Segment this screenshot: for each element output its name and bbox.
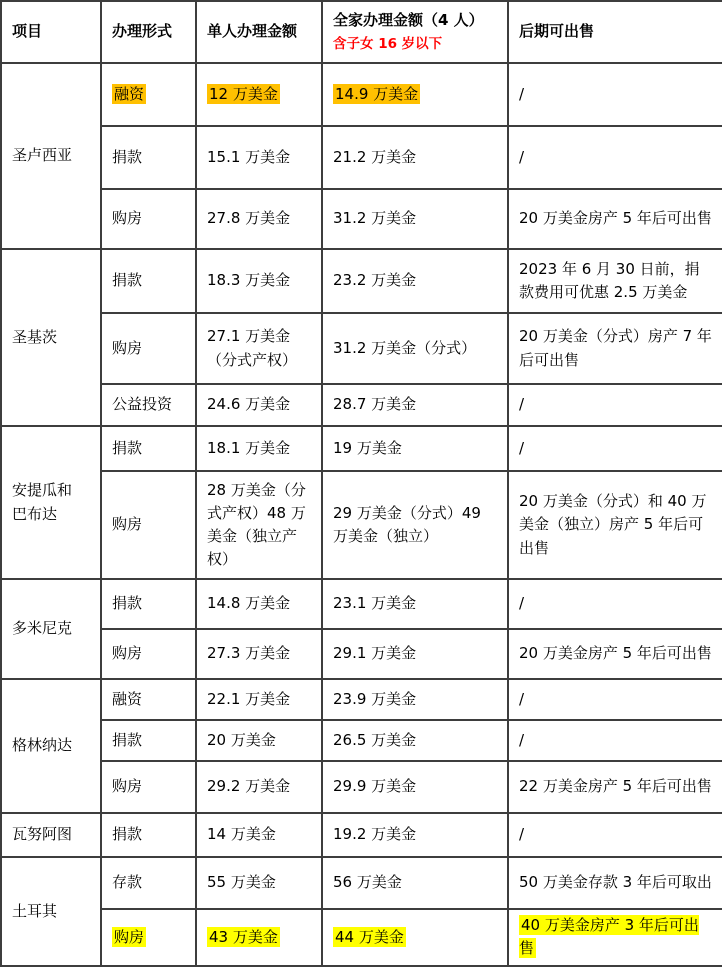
table-row: 格林纳达融资22.1 万美金23.9 万美金/	[1, 679, 722, 720]
family-amount-cell: 31.2 万美金	[322, 189, 508, 249]
form-cell: 捐款	[101, 813, 196, 857]
project-cell: 安提瓜和 巴布达	[1, 426, 101, 579]
highlighted-text: 12 万美金	[207, 84, 280, 104]
table-row: 捐款15.1 万美金21.2 万美金/	[1, 126, 722, 189]
col-header-family-amount: 全家办理金额（4 人）含子女 16 岁以下	[322, 1, 508, 63]
project-cell: 多米尼克	[1, 579, 101, 679]
resale-cell: /	[508, 679, 722, 720]
table-row: 购房29.2 万美金29.9 万美金22 万美金房产 5 年后可出售	[1, 761, 722, 813]
investment-comparison-table: 项目 办理形式 单人办理金额 全家办理金额（4 人）含子女 16 岁以下 后期可…	[0, 0, 722, 967]
table-row: 购房27.3 万美金29.1 万美金20 万美金房产 5 年后可出售	[1, 629, 722, 679]
form-cell: 捐款	[101, 720, 196, 761]
form-cell: 捐款	[101, 579, 196, 629]
single-amount-cell: 43 万美金	[196, 909, 322, 966]
table-row: 圣基茨捐款18.3 万美金23.2 万美金2023 年 6 月 30 日前，捐款…	[1, 249, 722, 313]
form-cell: 融资	[101, 63, 196, 126]
resale-cell: 2023 年 6 月 30 日前，捐款费用可优惠 2.5 万美金	[508, 249, 722, 313]
project-cell: 土耳其	[1, 857, 101, 966]
resale-cell: /	[508, 126, 722, 189]
project-cell: 瓦努阿图	[1, 813, 101, 857]
single-amount-cell: 24.6 万美金	[196, 384, 322, 426]
family-amount-cell: 19 万美金	[322, 426, 508, 471]
single-amount-cell: 22.1 万美金	[196, 679, 322, 720]
form-cell: 购房	[101, 909, 196, 966]
table-row: 购房28 万美金（分式产权）48 万美金（独立产权）29 万美金（分式）49 万…	[1, 471, 722, 579]
highlighted-text: 44 万美金	[333, 927, 406, 947]
family-amount-cell: 14.9 万美金	[322, 63, 508, 126]
family-header-title: 全家办理金额（4 人）	[333, 11, 484, 29]
form-cell: 融资	[101, 679, 196, 720]
family-amount-cell: 23.1 万美金	[322, 579, 508, 629]
form-cell: 公益投资	[101, 384, 196, 426]
family-amount-cell: 23.9 万美金	[322, 679, 508, 720]
resale-cell: 22 万美金房产 5 年后可出售	[508, 761, 722, 813]
col-header-form: 办理形式	[101, 1, 196, 63]
form-cell: 购房	[101, 761, 196, 813]
family-amount-cell: 19.2 万美金	[322, 813, 508, 857]
table-body: 圣卢西亚融资12 万美金14.9 万美金/捐款15.1 万美金21.2 万美金/…	[1, 63, 722, 966]
single-amount-cell: 55 万美金	[196, 857, 322, 909]
resale-cell: 20 万美金（分式）房产 7 年后可出售	[508, 313, 722, 384]
header-row: 项目 办理形式 单人办理金额 全家办理金额（4 人）含子女 16 岁以下 后期可…	[1, 1, 722, 63]
project-cell: 格林纳达	[1, 679, 101, 813]
table-row: 公益投资24.6 万美金28.7 万美金/	[1, 384, 722, 426]
family-amount-cell: 44 万美金	[322, 909, 508, 966]
resale-cell: 50 万美金存款 3 年后可取出	[508, 857, 722, 909]
family-amount-cell: 29.9 万美金	[322, 761, 508, 813]
family-amount-cell: 31.2 万美金（分式）	[322, 313, 508, 384]
highlighted-text: 40 万美金房产 3 年后可出售	[519, 915, 699, 958]
form-cell: 购房	[101, 313, 196, 384]
family-header-subtitle: 含子女 16 岁以下	[333, 34, 497, 55]
table-row: 圣卢西亚融资12 万美金14.9 万美金/	[1, 63, 722, 126]
resale-cell: 20 万美金房产 5 年后可出售	[508, 189, 722, 249]
resale-cell: /	[508, 426, 722, 471]
resale-cell: 20 万美金（分式）和 40 万美金（独立）房产 5 年后可出售	[508, 471, 722, 579]
col-header-project: 项目	[1, 1, 101, 63]
single-amount-cell: 14 万美金	[196, 813, 322, 857]
form-cell: 捐款	[101, 126, 196, 189]
form-cell: 捐款	[101, 426, 196, 471]
family-amount-cell: 26.5 万美金	[322, 720, 508, 761]
table-row: 安提瓜和 巴布达捐款18.1 万美金19 万美金/	[1, 426, 722, 471]
form-cell: 捐款	[101, 249, 196, 313]
highlighted-text: 购房	[112, 927, 146, 947]
single-amount-cell: 14.8 万美金	[196, 579, 322, 629]
table-row: 土耳其存款55 万美金56 万美金50 万美金存款 3 年后可取出	[1, 857, 722, 909]
resale-cell: /	[508, 63, 722, 126]
resale-cell: 40 万美金房产 3 年后可出售	[508, 909, 722, 966]
single-amount-cell: 28 万美金（分式产权）48 万美金（独立产权）	[196, 471, 322, 579]
table-row: 多米尼克捐款14.8 万美金23.1 万美金/	[1, 579, 722, 629]
single-amount-cell: 18.1 万美金	[196, 426, 322, 471]
highlighted-text: 融资	[112, 84, 146, 104]
form-cell: 购房	[101, 629, 196, 679]
table-row: 购房27.1 万美金 （分式产权）31.2 万美金（分式）20 万美金（分式）房…	[1, 313, 722, 384]
family-amount-cell: 23.2 万美金	[322, 249, 508, 313]
table-row: 购房43 万美金44 万美金40 万美金房产 3 年后可出售	[1, 909, 722, 966]
resale-cell: /	[508, 579, 722, 629]
single-amount-cell: 18.3 万美金	[196, 249, 322, 313]
resale-cell: /	[508, 384, 722, 426]
table-row: 瓦努阿图捐款14 万美金19.2 万美金/	[1, 813, 722, 857]
col-header-single-amount: 单人办理金额	[196, 1, 322, 63]
resale-cell: 20 万美金房产 5 年后可出售	[508, 629, 722, 679]
family-amount-cell: 29.1 万美金	[322, 629, 508, 679]
form-cell: 购房	[101, 471, 196, 579]
resale-cell: /	[508, 720, 722, 761]
single-amount-cell: 27.8 万美金	[196, 189, 322, 249]
form-cell: 存款	[101, 857, 196, 909]
single-amount-cell: 12 万美金	[196, 63, 322, 126]
single-amount-cell: 20 万美金	[196, 720, 322, 761]
project-cell: 圣卢西亚	[1, 63, 101, 249]
table-row: 捐款20 万美金26.5 万美金/	[1, 720, 722, 761]
family-amount-cell: 56 万美金	[322, 857, 508, 909]
highlighted-text: 14.9 万美金	[333, 84, 420, 104]
single-amount-cell: 15.1 万美金	[196, 126, 322, 189]
family-amount-cell: 28.7 万美金	[322, 384, 508, 426]
project-cell: 圣基茨	[1, 249, 101, 426]
col-header-resale: 后期可出售	[508, 1, 722, 63]
family-amount-cell: 21.2 万美金	[322, 126, 508, 189]
table-row: 购房27.8 万美金31.2 万美金20 万美金房产 5 年后可出售	[1, 189, 722, 249]
single-amount-cell: 29.2 万美金	[196, 761, 322, 813]
single-amount-cell: 27.3 万美金	[196, 629, 322, 679]
single-amount-cell: 27.1 万美金 （分式产权）	[196, 313, 322, 384]
resale-cell: /	[508, 813, 722, 857]
highlighted-text: 43 万美金	[207, 927, 280, 947]
form-cell: 购房	[101, 189, 196, 249]
family-amount-cell: 29 万美金（分式）49 万美金（独立）	[322, 471, 508, 579]
